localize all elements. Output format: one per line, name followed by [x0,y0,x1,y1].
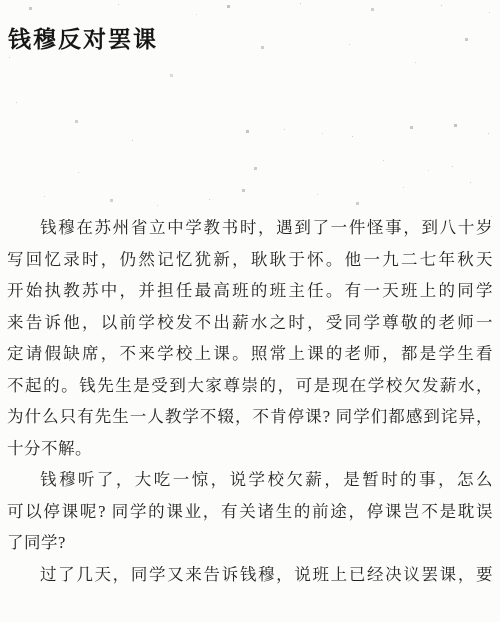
text-line: 不起的。钱先生是受到大家尊崇的，可是现在学校欠发薪水， [7,370,493,402]
text-line: 钱穆听了，大吃一惊，说学校欠薪，是暂时的事，怎么 [7,464,493,496]
text-line: 十分不解。 [7,433,493,465]
text-line: 来告诉他，以前学校发不出薪水之时，受同学尊敬的老师一 [7,307,493,339]
scan-noise-speckles [0,0,1,1]
text-line: 写回忆录时，仍然记忆犹新，耿耿于怀。他一九二七年秋天 [7,244,493,276]
text-line: 过了几天，同学又来告诉钱穆，说班上已经决议罢课，要 [7,559,493,591]
page-title: 钱穆反对罢课 [8,21,158,54]
paragraph-3: 过了几天，同学又来告诉钱穆，说班上已经决议罢课，要 [7,559,493,591]
text-line: 了同学? [7,527,493,559]
text-line: 定请假缺席，不来学校上课。照常上课的老师，都是学生看 [7,338,493,370]
paragraph-1: 钱穆在苏州省立中学教书时，遇到了一件怪事，到八十岁 写回忆录时，仍然记忆犹新，耿… [7,212,493,464]
text-line: 为什么只有先生一人教学不辍，不肯停课? 同学们都感到诧异， [7,401,493,433]
document-body: 钱穆在苏州省立中学教书时，遇到了一件怪事，到八十岁 写回忆录时，仍然记忆犹新，耿… [7,212,493,590]
text-line: 钱穆在苏州省立中学教书时，遇到了一件怪事，到八十岁 [7,212,493,244]
text-line: 可以停课呢? 同学的课业，有关诸生的前途，停课岂不是耽误 [7,496,493,528]
paragraph-2: 钱穆听了，大吃一惊，说学校欠薪，是暂时的事，怎么 可以停课呢? 同学的课业，有关… [7,464,493,559]
scanned-document-page: 钱穆反对罢课 钱穆在苏州省立中学教书时，遇到了一件怪事，到八十岁 写回忆录时，仍… [0,0,500,622]
text-line: 开始执教苏中，并担任最高班的班主任。有一天班上的同学 [7,275,493,307]
